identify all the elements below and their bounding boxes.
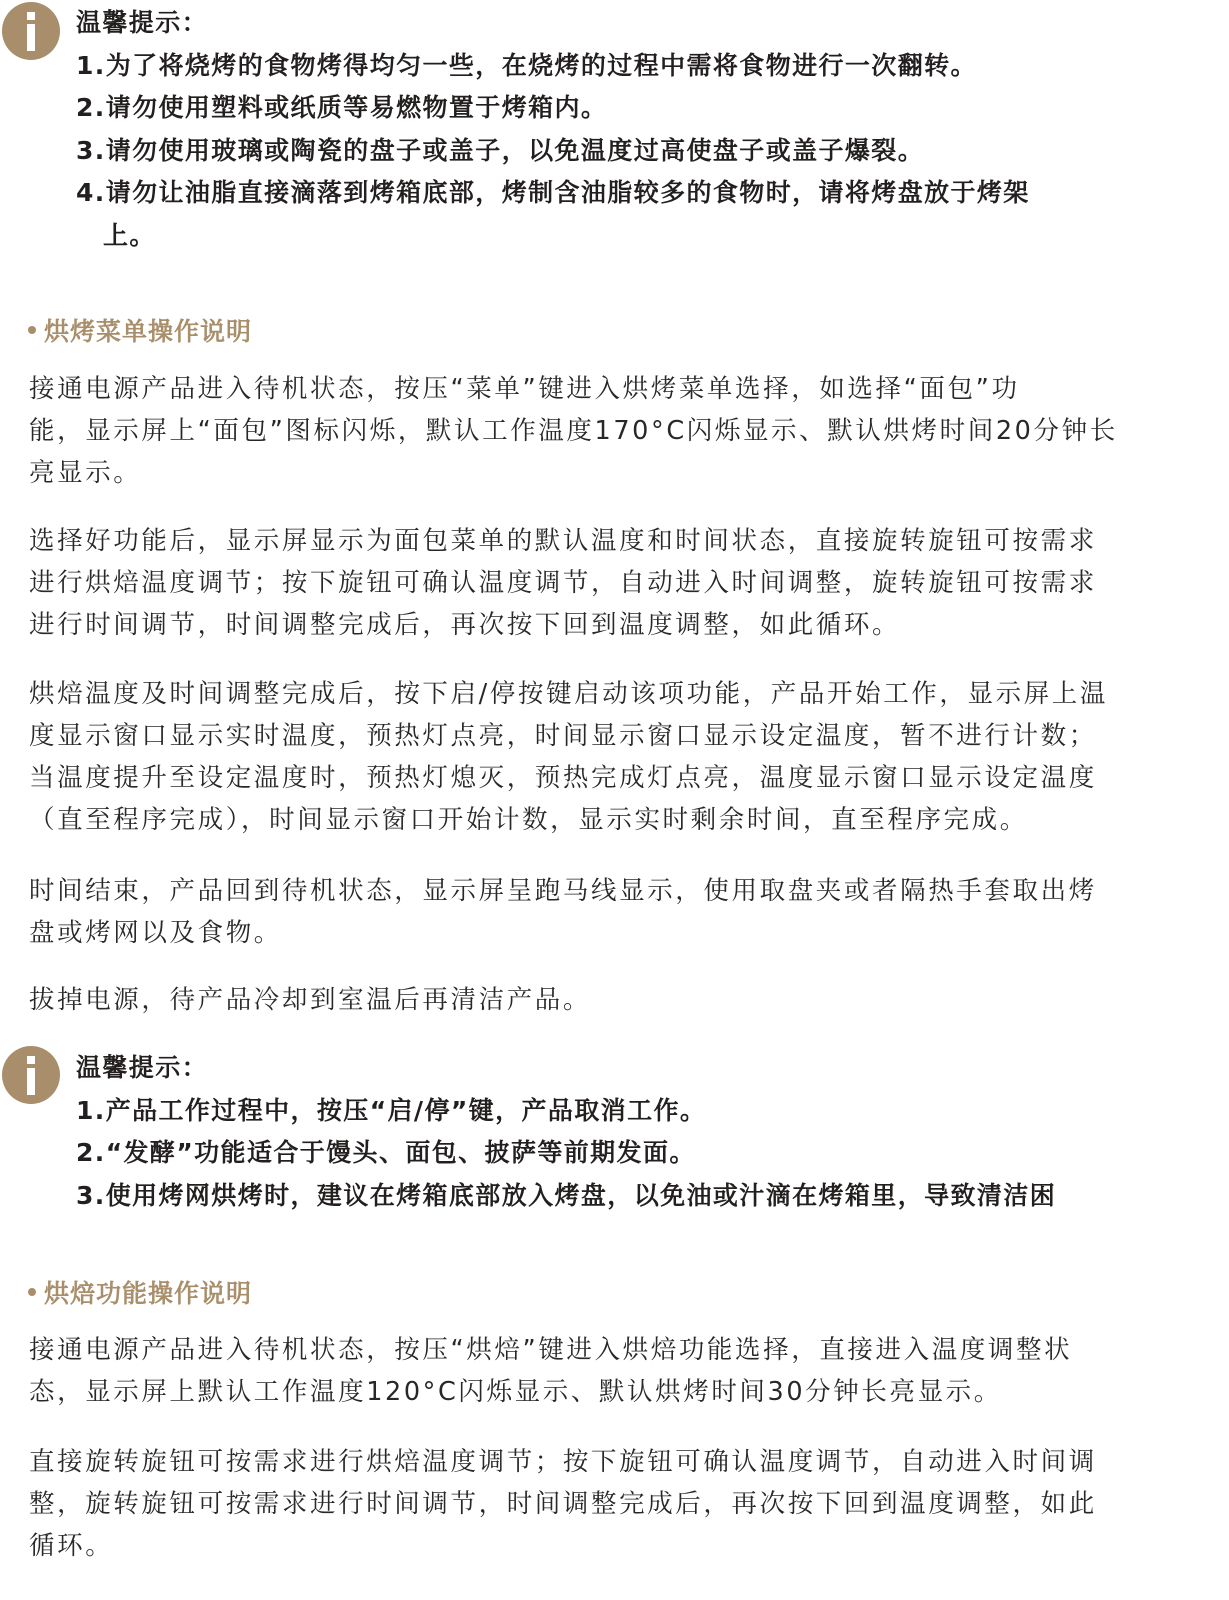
info-icon-dot <box>27 1056 35 1064</box>
paragraph: 拔掉电源，待产品冷却到室温后再清洁产品。 <box>29 979 1189 1021</box>
paragraph-line: 度显示窗口显示实时温度，预热灯点亮，时间显示窗口显示设定温度，暂不进行计数； <box>29 715 1189 757</box>
tip-title: 温馨提示： <box>76 1047 1229 1090</box>
paragraph-line: 直接旋转旋钮可按需求进行烘焙温度调节；按下旋钮可确认温度调节，自动进入时间调 <box>29 1441 1189 1483</box>
section-heading-bake-function: 烘焙功能操作说明 <box>28 1274 252 1310</box>
paragraph-line: 拔掉电源，待产品冷却到室温后再清洁产品。 <box>29 979 1189 1021</box>
paragraph-line: 选择好功能后，显示屏显示为面包菜单的默认温度和时间状态，直接旋转旋钮可按需求 <box>29 520 1189 562</box>
paragraph-line: 进行烘焙温度调节；按下旋钮可确认温度调节，自动进入时间调整，旋转旋钮可按需求 <box>29 562 1189 604</box>
paragraph-line: （直至程序完成），时间显示窗口开始计数，显示实时剩余时间，直至程序完成。 <box>29 799 1189 841</box>
tip-item: 1.为了将烧烤的食物烤得均匀一些，在烧烤的过程中需将食物进行一次翻转。 <box>76 45 1229 88</box>
paragraph-line: 接通电源产品进入待机状态，按压“烘焙”键进入烘焙功能选择，直接进入温度调整状 <box>29 1329 1189 1371</box>
tip-title: 温馨提示： <box>76 2 1229 45</box>
bullet-dot-icon <box>28 1288 36 1296</box>
info-icon-bar <box>27 24 35 51</box>
tip-item: 4.请勿让油脂直接滴落到烤箱底部，烤制含油脂较多的食物时，请将烤盘放于烤架 <box>76 172 1229 215</box>
paragraph-line: 整，旋转旋钮可按需求进行时间调节，时间调整完成后，再次按下回到温度调整，如此 <box>29 1483 1189 1525</box>
paragraph: 接通电源产品进入待机状态，按压“烘焙”键进入烘焙功能选择，直接进入温度调整状 态… <box>29 1329 1189 1413</box>
tip-item-continued: 上。 <box>76 215 1229 258</box>
section-heading-text: 烘烤菜单操作说明 <box>44 317 252 346</box>
paragraph-line: 循环。 <box>29 1525 1189 1567</box>
paragraph-line: 烘焙温度及时间调整完成后，按下启/停按键启动该项功能，产品开始工作，显示屏上温 <box>29 673 1189 715</box>
paragraph: 接通电源产品进入待机状态，按压“菜单”键进入烘烤菜单选择，如选择“面包”功 能，… <box>29 368 1189 494</box>
tip-item: 2.请勿使用塑料或纸质等易燃物置于烤箱内。 <box>76 87 1229 130</box>
paragraph-line: 能，显示屏上“面包”图标闪烁，默认工作温度170°C闪烁显示、默认烘烤时间20分… <box>29 410 1189 452</box>
tip-item: 1.产品工作过程中，按压“启/停”键，产品取消工作。 <box>76 1090 1229 1133</box>
info-icon-bar <box>27 1068 35 1095</box>
paragraph-line: 亮显示。 <box>29 452 1189 494</box>
paragraph-line: 进行时间调节，时间调整完成后，再次按下回到温度调整，如此循环。 <box>29 604 1189 646</box>
info-icon-dot <box>27 12 35 20</box>
paragraph-line: 当温度提升至设定温度时，预热灯熄灭，预热完成灯点亮，温度显示窗口显示设定温度 <box>29 757 1189 799</box>
paragraph: 时间结束，产品回到待机状态，显示屏呈跑马线显示，使用取盘夹或者隔热手套取出烤 盘… <box>29 870 1189 954</box>
info-icon <box>2 2 60 60</box>
section-heading-text: 烘焙功能操作说明 <box>44 1279 252 1308</box>
section-heading-baking-menu: 烘烤菜单操作说明 <box>28 312 252 348</box>
paragraph-line: 接通电源产品进入待机状态，按压“菜单”键进入烘烤菜单选择，如选择“面包”功 <box>29 368 1189 410</box>
bullet-dot-icon <box>28 326 36 334</box>
tip-item: 3.请勿使用玻璃或陶瓷的盘子或盖子，以免温度过高使盘子或盖子爆裂。 <box>76 130 1229 173</box>
tip-text: 温馨提示： 1.产品工作过程中，按压“启/停”键，产品取消工作。 2.“发酵”功… <box>76 1047 1229 1217</box>
tip-item: 2.“发酵”功能适合于馒头、面包、披萨等前期发面。 <box>76 1132 1229 1175</box>
paragraph: 选择好功能后，显示屏显示为面包菜单的默认温度和时间状态，直接旋转旋钮可按需求 进… <box>29 520 1189 646</box>
paragraph-line: 态，显示屏上默认工作温度120°C闪烁显示、默认烘烤时间30分钟长亮显示。 <box>29 1371 1189 1413</box>
paragraph: 烘焙温度及时间调整完成后，按下启/停按键启动该项功能，产品开始工作，显示屏上温 … <box>29 673 1189 841</box>
info-icon <box>2 1046 60 1104</box>
paragraph: 直接旋转旋钮可按需求进行烘焙温度调节；按下旋钮可确认温度调节，自动进入时间调 整… <box>29 1441 1189 1567</box>
tip-text: 温馨提示： 1.为了将烧烤的食物烤得均匀一些，在烧烤的过程中需将食物进行一次翻转… <box>76 2 1229 257</box>
paragraph-line: 盘或烤网以及食物。 <box>29 912 1189 954</box>
paragraph-line: 时间结束，产品回到待机状态，显示屏呈跑马线显示，使用取盘夹或者隔热手套取出烤 <box>29 870 1189 912</box>
tip-item: 3.使用烤网烘烤时，建议在烤箱底部放入烤盘，以免油或汁滴在烤箱里，导致清洁困 <box>76 1175 1229 1218</box>
